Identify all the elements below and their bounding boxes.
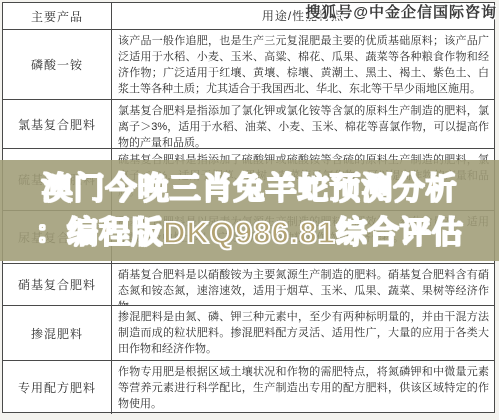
row-description: 氯基复合肥料是指添加了氯化钾或氯化铵等含氯的原料生产制造的肥料，氯离子＞3%，适… [112, 100, 494, 148]
center-watermark-line2: ：编程版DKQ986.81综合评估 [35, 211, 464, 255]
center-watermark-band: 澳门今晚三肖兔羊蛇预测分析 ：编程版DKQ986.81综合评估 [0, 160, 499, 261]
row-label: 磷酸一铵 [3, 30, 112, 99]
header-main-product: 主要产品 [3, 3, 112, 29]
table-row: 氯基复合肥料 氯基复合肥料是指添加了氯化钾或氯化铵等含氯的原料生产制造的肥料，氯… [3, 100, 494, 149]
row-description: 作物专用肥是根据区域土壤状况和作物的需肥特点，将氮磷钾和中微量元素等营养元素进行… [112, 361, 494, 414]
table-row: 硝基复合肥料 硝基复合肥料是以硝酸铵为主要氮源生产制造的肥料。硝基复合肥料含有硝… [3, 264, 494, 306]
table-row: 磷酸一铵 该产品一般作追肥，也是生产三元复混肥最主要的优质基础原料；该产品广泛适… [3, 30, 494, 100]
sohu-account-watermark: 搜狐号@中金企信国际咨询 [305, 1, 497, 22]
row-description: 掺混肥料是由氮、磷、钾三种元素中，至少有两种标明量的，并由干混方法制造而成的粒状… [112, 306, 494, 360]
center-watermark-line1: 澳门今晚三肖兔羊蛇预测分析 [42, 167, 458, 211]
row-label: 硝基复合肥料 [3, 264, 112, 305]
table-row: 专用配方肥料 作物专用肥是根据区域土壤状况和作物的需肥特点，将氮磷钾和中微量元素… [3, 361, 494, 414]
row-label: 专用配方肥料 [3, 361, 112, 414]
table-row: 掺混肥料 掺混肥料是由氮、磷、钾三种元素中，至少有两种标明量的，并由干混方法制造… [3, 306, 494, 361]
row-description: 该产品一般作追肥，也是生产三元复混肥最主要的优质基础原料；该产品广泛适用于水稻、… [112, 30, 494, 99]
row-description: 硝基复合肥料是以硝酸铵为主要氮源生产制造的肥料。硝基复合肥料含有硝态氮和铵态氮，… [112, 264, 494, 305]
row-label: 氯基复合肥料 [3, 100, 112, 148]
row-label: 掺混肥料 [3, 306, 112, 360]
